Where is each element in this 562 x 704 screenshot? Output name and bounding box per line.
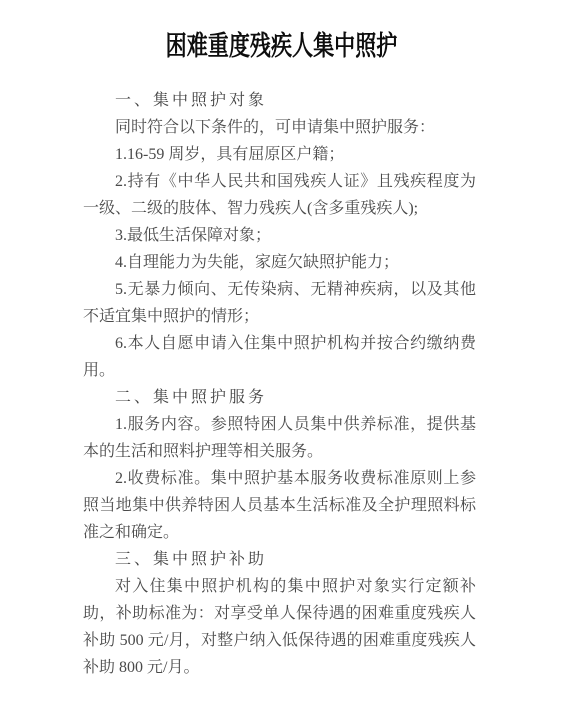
paragraph: 6.本人自愿申请入住集中照护机构并按合约缴纳费用。 bbox=[83, 330, 476, 384]
paragraph: 3.最低生活保障对象； bbox=[83, 222, 476, 249]
paragraph: 1.服务内容。参照特困人员集中供养标准，提供基本的生活和照料护理等相关服务。 bbox=[83, 411, 476, 465]
document-section: 二、集中照护服务 1.服务内容。参照特困人员集中供养标准，提供基本的生活和照料护… bbox=[83, 384, 476, 546]
paragraph: 4.自理能力为失能，家庭欠缺照护能力； bbox=[83, 249, 476, 276]
document-title: 困难重度残疾人集中照护 bbox=[165, 24, 397, 63]
paragraph: 对入住集中照护机构的集中照护对象实行定额补助，补助标准为：对享受单人保待遇的困难… bbox=[83, 573, 476, 681]
section-heading: 二、集中照护服务 bbox=[83, 384, 476, 411]
document-section: 一、集中照护对象 同时符合以下条件的，可申请集中照护服务：1.16-59 周岁，… bbox=[83, 87, 476, 384]
paragraph: 同时符合以下条件的，可申请集中照护服务： bbox=[83, 114, 476, 141]
paragraph: 5.无暴力倾向、无传染病、无精神疾病，以及其他不适宜集中照护的情形； bbox=[83, 276, 476, 330]
section-heading: 三、集中照护补助 bbox=[83, 546, 476, 573]
document-section: 三、集中照护补助 对入住集中照护机构的集中照护对象实行定额补助，补助标准为：对享… bbox=[83, 546, 476, 681]
section-heading: 一、集中照护对象 bbox=[83, 87, 476, 114]
document-body: 一、集中照护对象 同时符合以下条件的，可申请集中照护服务：1.16-59 周岁，… bbox=[83, 87, 476, 681]
document-title-row: 困难重度残疾人集中照护 bbox=[0, 24, 562, 63]
paragraph: 2.收费标准。集中照护基本服务收费标准原则上参照当地集中供养特困人员基本生活标准… bbox=[83, 465, 476, 546]
paragraph: 1.16-59 周岁，具有屈原区户籍； bbox=[83, 141, 476, 168]
paragraph: 2.持有《中华人民共和国残疾人证》且残疾程度为一级、二级的肢体、智力残疾人(含多… bbox=[83, 168, 476, 222]
document-page: 困难重度残疾人集中照护 一、集中照护对象 同时符合以下条件的，可申请集中照护服务… bbox=[0, 0, 562, 704]
